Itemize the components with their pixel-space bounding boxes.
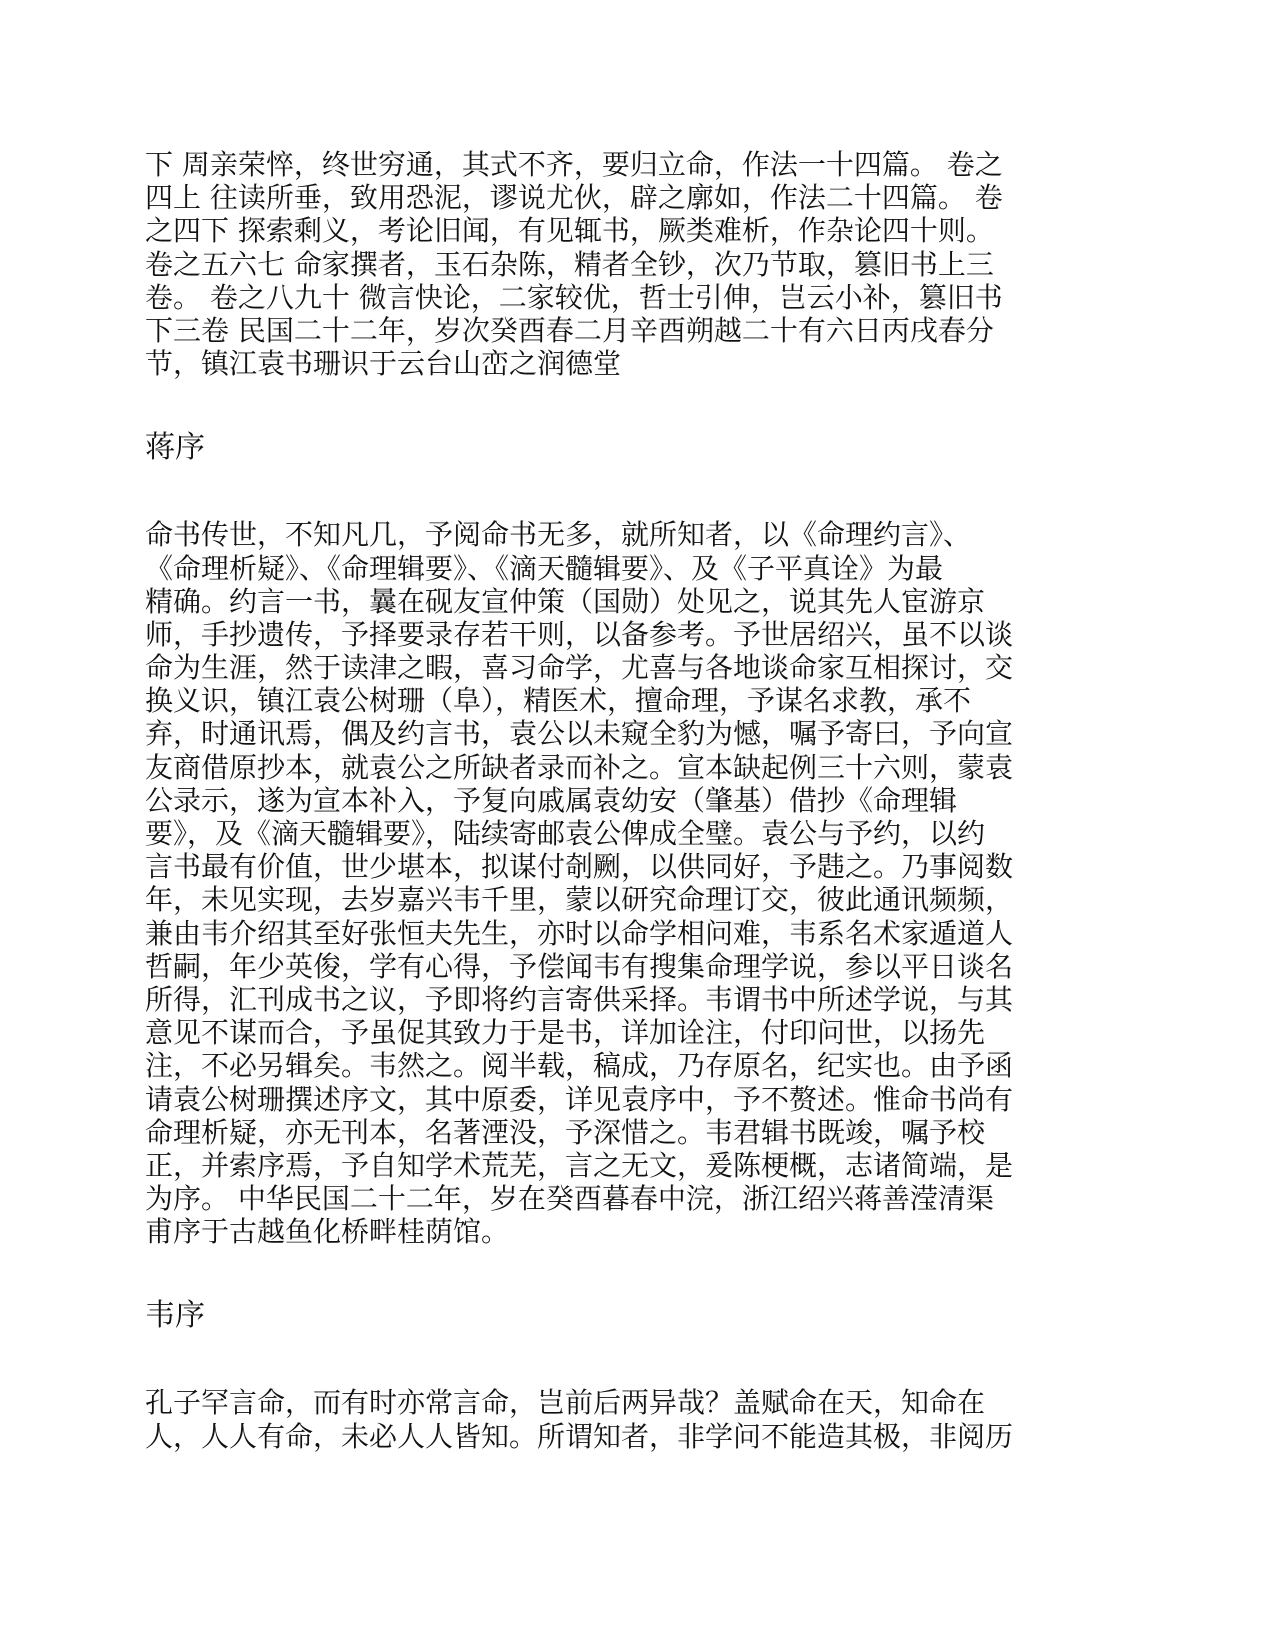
wei-preface-section: 韦序 孔子罕言命，而有时亦常言命，岂前后两异哉？盖赋命在天，知命在 人，人人有命… bbox=[145, 1298, 1070, 1452]
heading-spacer bbox=[145, 466, 1070, 518]
text-line: 请袁公树珊撰述序文，其中原委，详见袁序中，予不赘述。惟命书尚有 bbox=[145, 1083, 1070, 1116]
text-line: 换义识，镇江袁公树珊（阜），精医术，擅命理，予谋名求教，承不 bbox=[145, 684, 1070, 717]
text-line: 命书传世，不知凡几，予阅命书无多，就所知者，以《命理约言》、 bbox=[145, 518, 1070, 551]
text-line: 《命理析疑》、《命理辑要》、《滴天髓辑要》、及《子平真诠》为最 bbox=[145, 552, 1070, 585]
text-line: 所得，汇刊成书之议，予即将约言寄供采择。韦谓书中所述学说，与其 bbox=[145, 983, 1070, 1016]
text-line: 哲嗣，年少英俊，学有心得，予偿闻韦有搜集命理学说，参以平日谈名 bbox=[145, 950, 1070, 983]
text-line: 公录示，遂为宣本补入，予复向戚属袁幼安（肇基）借抄《命理辑 bbox=[145, 784, 1070, 817]
text-line: 年，未见实现，去岁嘉兴韦千里，蒙以研究命理订交，彼此通讯频频， bbox=[145, 883, 1070, 916]
text-line: 之四下 探索剩义，考论旧闻，有见辄书，厥类难析，作杂论四十则。 bbox=[145, 214, 1070, 247]
text-line: 师，手抄遗传，予择要录存若干则，以备参考。予世居绍兴，虽不以谈 bbox=[145, 618, 1070, 651]
text-line: 人，人人有命，未必人人皆知。所谓知者，非学问不能造其极，非阅历 bbox=[145, 1420, 1070, 1453]
text-line: 卷之五六七 命家撰者，玉石杂陈，精者全钞，次乃节取，篡旧书上三 bbox=[145, 248, 1070, 281]
heading-spacer bbox=[145, 1334, 1070, 1386]
text-line: 节，镇江袁书珊识于云台山峦之润德堂 bbox=[145, 347, 1070, 380]
text-line: 言书最有价值，世少堪本，拟谋付剞劂，以供同好，予韪之。乃事阅数 bbox=[145, 850, 1070, 883]
text-line: 命为生涯，然于读津之暇，喜习命学，尤喜与各地谈命家互相探讨，交 bbox=[145, 651, 1070, 684]
paragraph-spacer bbox=[145, 380, 1070, 430]
text-line: 正，并索序焉，予自知学术荒芜，言之无文，爰陈梗概，志诸简端，是 bbox=[145, 1149, 1070, 1182]
text-line: 为序。 中华民国二十二年，岁在癸酉暮春中浣，浙江绍兴蒋善滢清渠 bbox=[145, 1182, 1070, 1215]
text-line: 下三卷 民国二十二年，岁次癸酉春二月辛酉朔越二十有六日丙戌春分 bbox=[145, 314, 1070, 347]
text-line: 下 周亲荣悴，终世穷通，其式不齐，要归立命，作法一十四篇。 卷之 bbox=[145, 148, 1070, 181]
text-line: 命理析疑，亦无刊本，名著湮没，予深惜之。韦君辑书既竣，嘱予校 bbox=[145, 1116, 1070, 1149]
text-line: 弃，时通讯焉，偶及约言书，袁公以未窥全豹为憾，嘱予寄曰，予向宣 bbox=[145, 717, 1070, 750]
document-page: 下 周亲荣悴，终世穷通，其式不齐，要归立命，作法一十四篇。 卷之 四上 往读所垂… bbox=[145, 148, 1070, 1453]
text-line: 四上 往读所垂，致用恐泥，谬说尤伙，辟之廓如，作法二十四篇。 卷 bbox=[145, 181, 1070, 214]
jiang-preface-section: 蒋序 命书传世，不知凡几，予阅命书无多，就所知者，以《命理约言》、 《命理析疑》… bbox=[145, 430, 1070, 1248]
text-line: 孔子罕言命，而有时亦常言命，岂前后两异哉？盖赋命在天，知命在 bbox=[145, 1386, 1070, 1419]
text-line: 兼由韦介绍其至好张恒夫先生，亦时以命学相问难，韦系名术家遁道人 bbox=[145, 917, 1070, 950]
text-line: 友商借原抄本，就袁公之所缺者录而补之。宣本缺起例三十六则，蒙袁 bbox=[145, 751, 1070, 784]
continued-preface-section: 下 周亲荣悴，终世穷通，其式不齐，要归立命，作法一十四篇。 卷之 四上 往读所垂… bbox=[145, 148, 1070, 380]
text-line: 要》，及《滴天髓辑要》，陆续寄邮袁公俾成全璧。袁公与予约，以约 bbox=[145, 817, 1070, 850]
section-heading-wei: 韦序 bbox=[145, 1298, 1070, 1334]
text-line: 卷。 卷之八九十 微言快论，二家较优，哲士引伸，岂云小补，篡旧书 bbox=[145, 281, 1070, 314]
text-line: 精确。约言一书，曩在砚友宣仲策（国勋）处见之，说其先人宦游京 bbox=[145, 585, 1070, 618]
text-line: 甫序于古越鱼化桥畔桂荫馆。 bbox=[145, 1215, 1070, 1248]
section-heading-jiang: 蒋序 bbox=[145, 430, 1070, 466]
paragraph-spacer bbox=[145, 1248, 1070, 1298]
text-line: 注，不必另辑矣。韦然之。阅半载，稿成，乃存原名，纪实也。由予函 bbox=[145, 1049, 1070, 1082]
text-line: 意见不谋而合，予虽促其致力于是书，详加诠注，付印问世，以扬先 bbox=[145, 1016, 1070, 1049]
